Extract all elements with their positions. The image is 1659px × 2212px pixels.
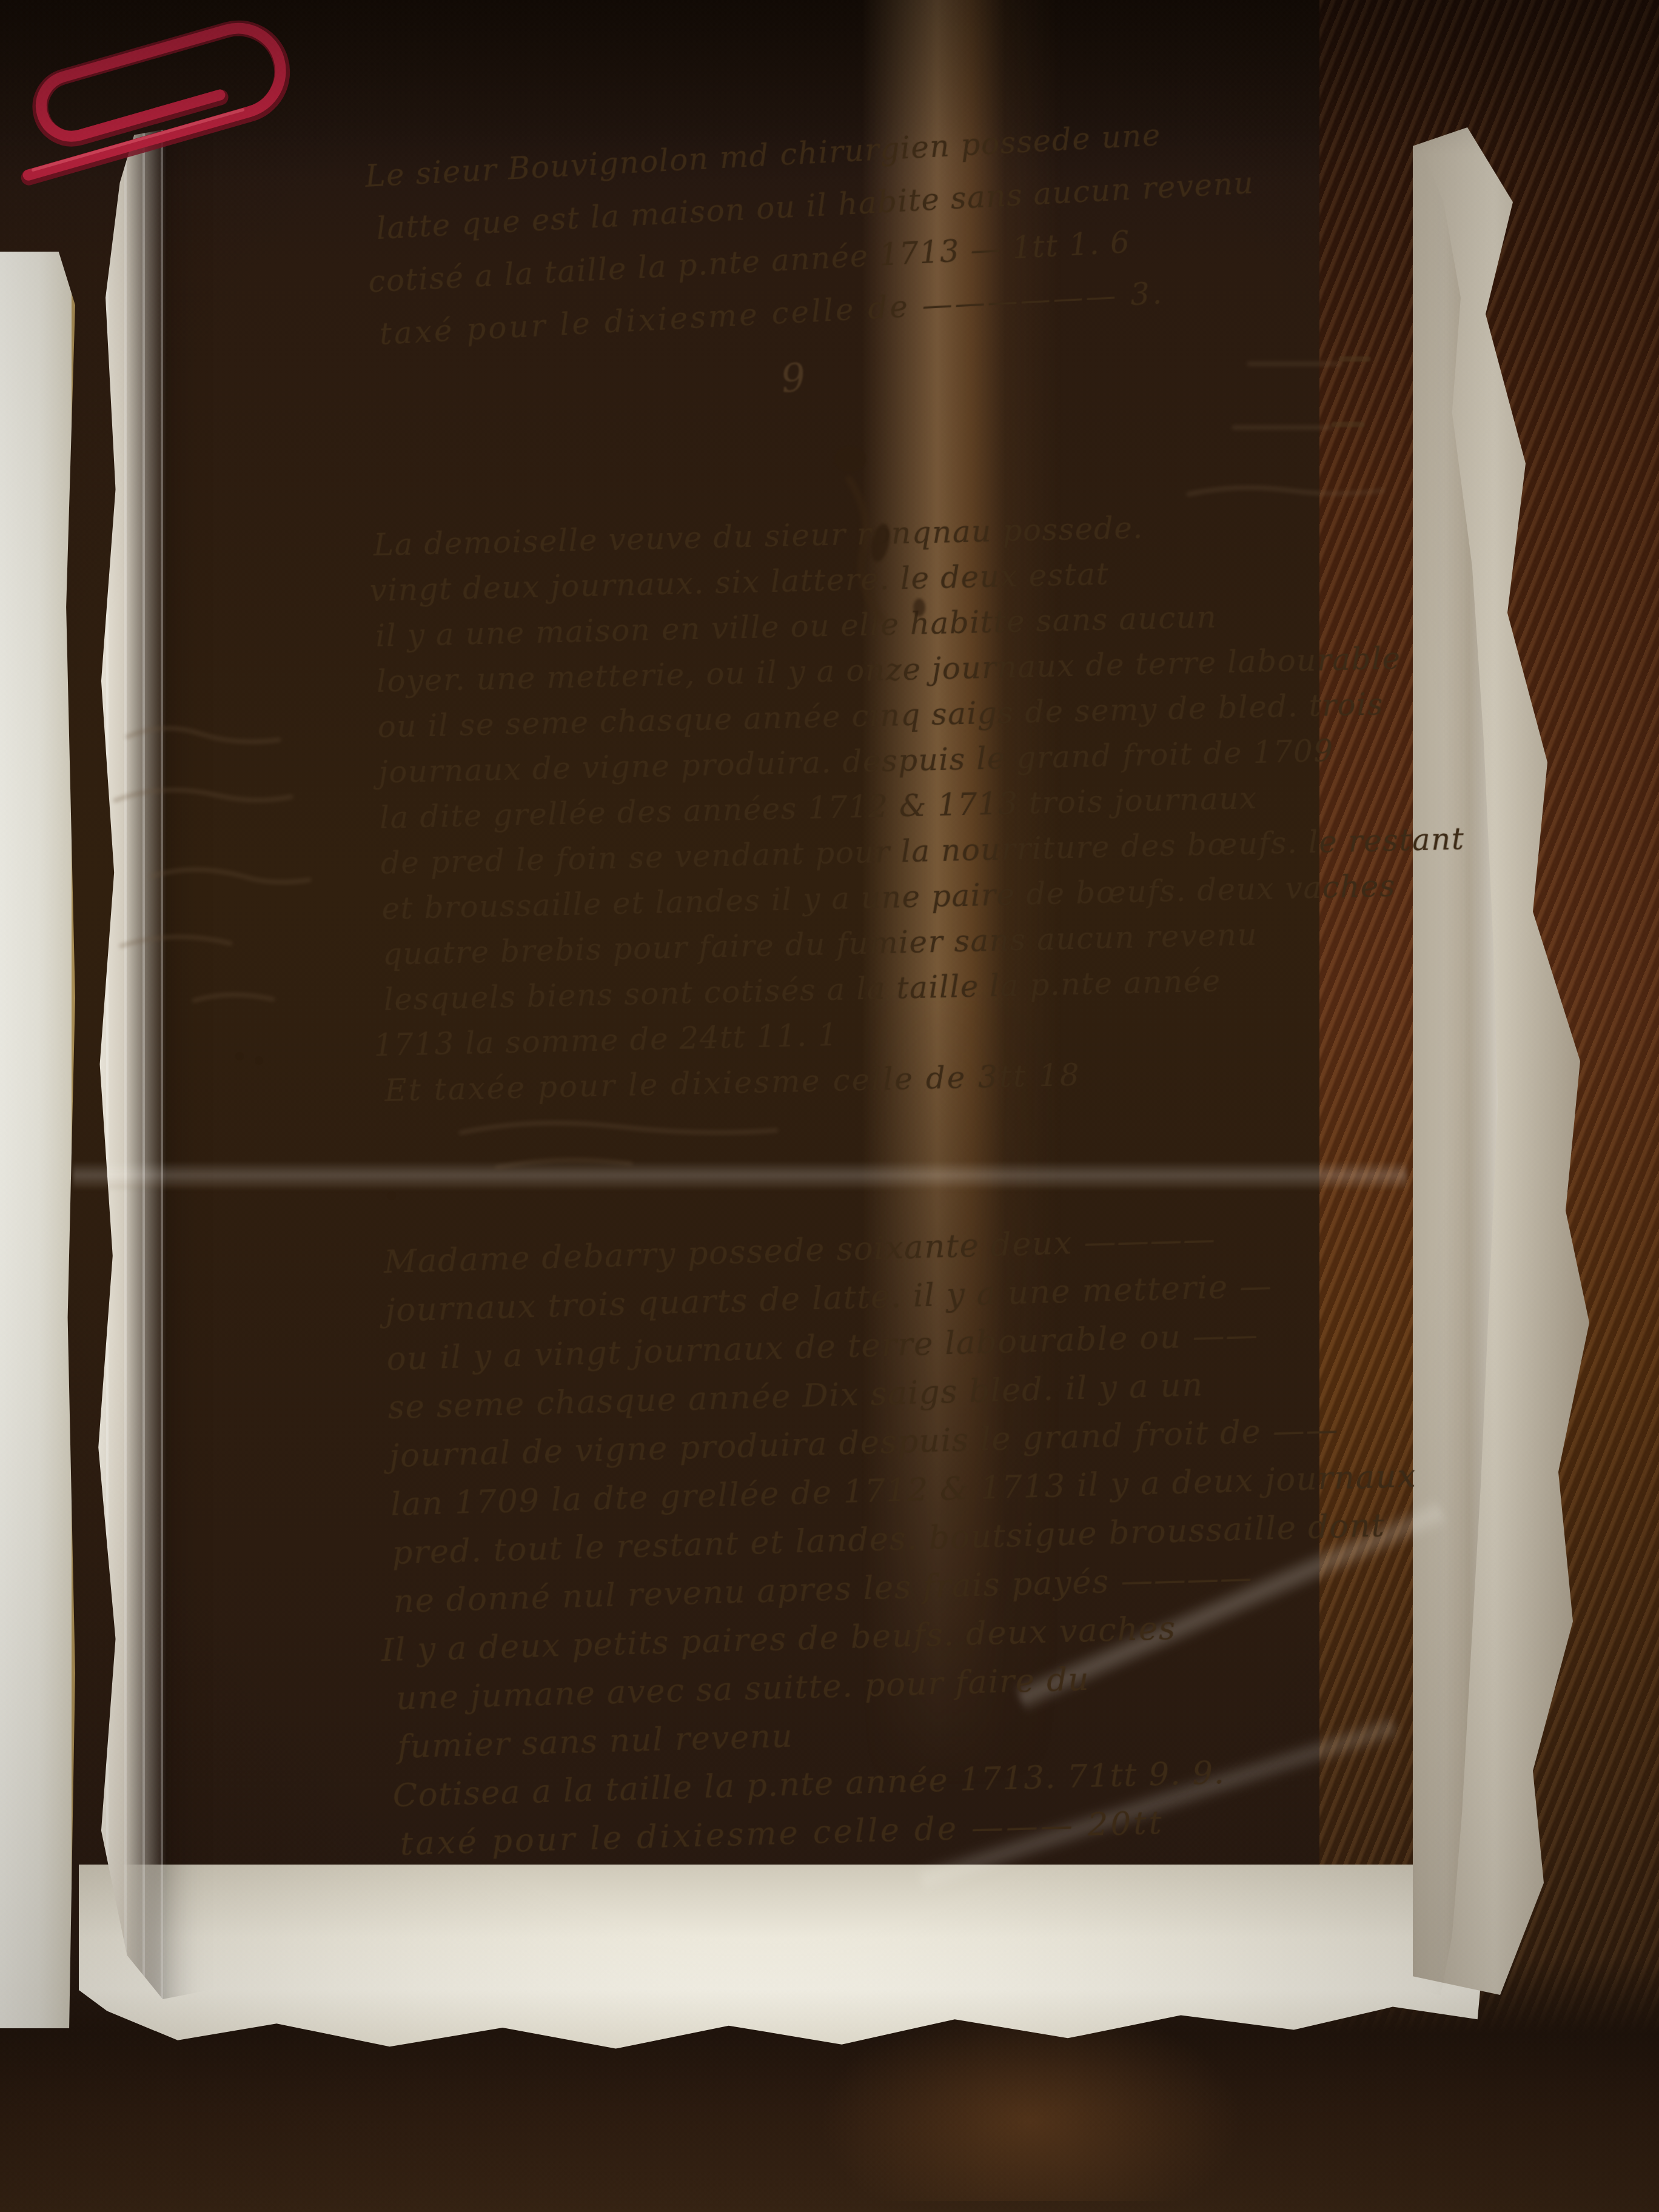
photo-of-manuscript: Le sieur Bouvignolon md chirurgien posse… (0, 0, 1659, 2212)
ink-blots (235, 447, 925, 1200)
bleed-through-marks (0, 0, 1659, 2212)
red-paperclip-icon (0, 0, 437, 197)
